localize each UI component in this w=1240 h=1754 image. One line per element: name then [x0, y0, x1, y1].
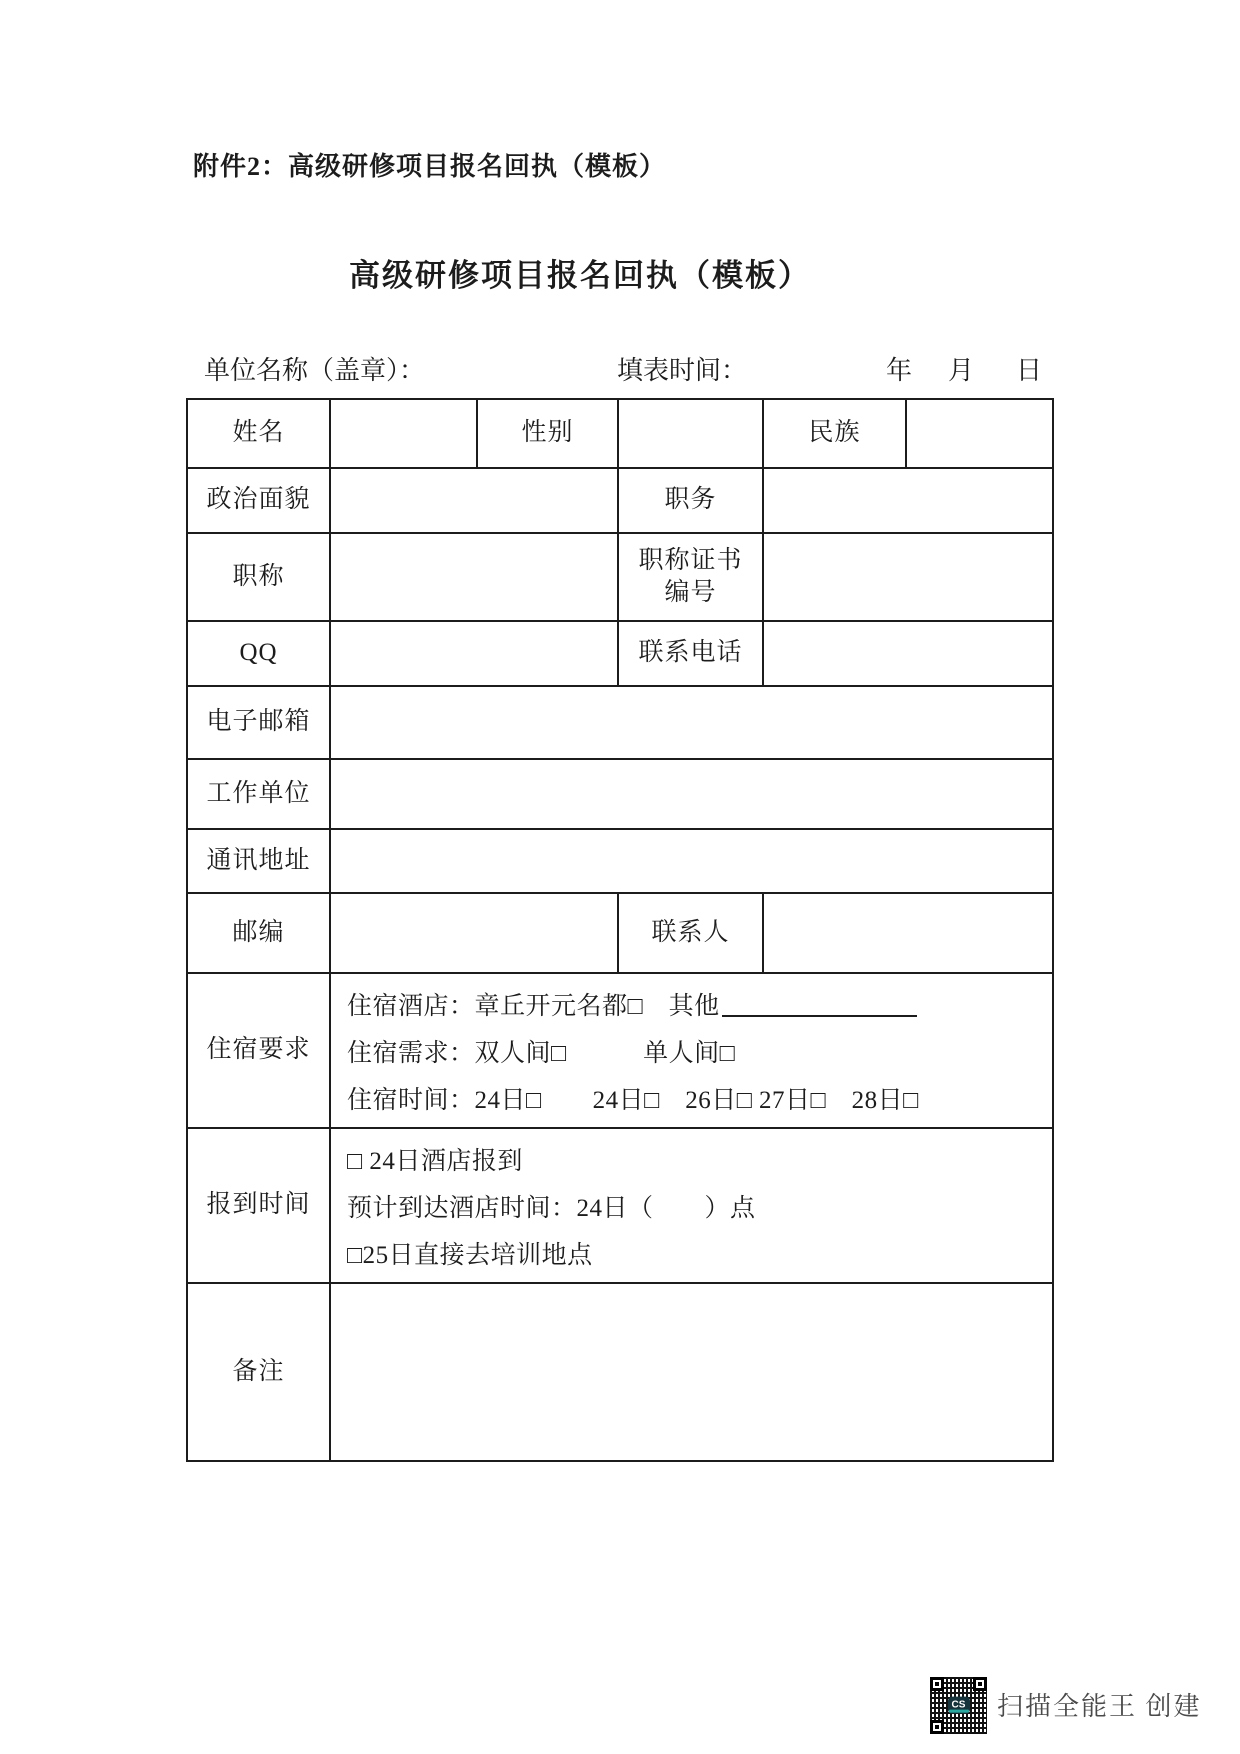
contact-person-label-cell: 联系人 — [619, 894, 764, 974]
accommodation-hotel-line: 住宿酒店：章丘开元名都□ 其他 — [347, 980, 1046, 1027]
phone-label-cell: 联系电话 — [619, 622, 764, 687]
accommodation-time-line: 住宿时间：24日□ 24日□ 26日□ 27日□ 28日□ — [347, 1074, 1046, 1121]
political-status-value-cell — [331, 469, 619, 534]
camscanner-badge-bar — [949, 1709, 969, 1712]
day-label: 日 — [1016, 350, 1042, 387]
email-value-cell — [331, 687, 1052, 760]
page-title: 高级研修项目报名回执（模板） — [349, 250, 811, 295]
mail-address-label-cell: 通讯地址 — [188, 830, 331, 894]
duty-value-cell — [764, 469, 1052, 534]
gender-value-cell — [619, 400, 764, 469]
accommodation-hotel-text: 住宿酒店：章丘开元名都□ 其他 — [347, 986, 720, 1022]
gender-label-cell: 性别 — [478, 400, 619, 469]
qr-finder-bottomleft-icon — [930, 1720, 944, 1734]
duty-label-cell: 职务 — [619, 469, 764, 534]
month-label: 月 — [948, 350, 974, 387]
fill-date-label: 填表时间： — [617, 350, 747, 387]
registration-form-table: 姓名 性别 民族 政治面貌 职务 职称 职称证书编号 QQ 联系电话 电子邮箱 … — [186, 398, 1054, 1462]
email-label-cell: 电子邮箱 — [188, 687, 331, 760]
remarks-label-cell: 备注 — [188, 1284, 331, 1460]
qr-finder-topright-icon — [973, 1677, 987, 1691]
attachment-label: 附件2：高级研修项目报名回执（模板） — [193, 146, 666, 183]
title-cert-no-value-cell — [764, 534, 1052, 622]
unit-name-label: 单位名称（盖章）： — [204, 350, 425, 387]
checkin-line-3: □25日直接去培训地点 — [347, 1229, 1046, 1276]
qr-finder-topleft-icon — [930, 1677, 944, 1691]
checkin-line-1: □ 24日酒店报到 — [347, 1135, 1046, 1182]
professional-title-label-cell: 职称 — [188, 534, 331, 622]
political-status-label-cell: 政治面貌 — [188, 469, 331, 534]
checkin-line-2: 预计到达酒店时间：24日（ ）点 — [347, 1182, 1046, 1229]
remarks-value-cell — [331, 1284, 1052, 1460]
qr-code-icon: CS — [930, 1677, 987, 1734]
contact-person-value-cell — [764, 894, 1052, 974]
postcode-value-cell — [331, 894, 619, 974]
work-unit-label-cell: 工作单位 — [188, 760, 331, 830]
scanner-credit-text: 扫描全能王 创建 — [997, 1686, 1202, 1723]
ethnicity-label-cell: 民族 — [764, 400, 907, 469]
phone-value-cell — [764, 622, 1052, 687]
name-value-cell — [331, 400, 478, 469]
name-label-cell: 姓名 — [188, 400, 331, 469]
title-cert-no-label-cell: 职称证书编号 — [619, 534, 764, 622]
checkin-content-cell: □ 24日酒店报到 预计到达酒店时间：24日（ ）点 □25日直接去培训地点 — [331, 1129, 1052, 1284]
ethnicity-value-cell — [907, 400, 1052, 469]
qq-value-cell — [331, 622, 619, 687]
accommodation-other-blank-line — [722, 990, 917, 1017]
mail-address-value-cell — [331, 830, 1052, 894]
work-unit-value-cell — [331, 760, 1052, 830]
accommodation-label-cell: 住宿要求 — [188, 974, 331, 1129]
accommodation-content-cell: 住宿酒店：章丘开元名都□ 其他 住宿需求：双人间□ 单人间□ 住宿时间：24日□… — [331, 974, 1052, 1129]
year-label: 年 — [886, 350, 912, 387]
scanned-form-page: 附件2：高级研修项目报名回执（模板） 高级研修项目报名回执（模板） 单位名称（盖… — [0, 0, 1240, 1754]
checkin-label-cell: 报到时间 — [188, 1129, 331, 1284]
qq-label-cell: QQ — [188, 622, 331, 687]
postcode-label-cell: 邮编 — [188, 894, 331, 974]
accommodation-need-line: 住宿需求：双人间□ 单人间□ — [347, 1027, 1046, 1074]
professional-title-value-cell — [331, 534, 619, 622]
